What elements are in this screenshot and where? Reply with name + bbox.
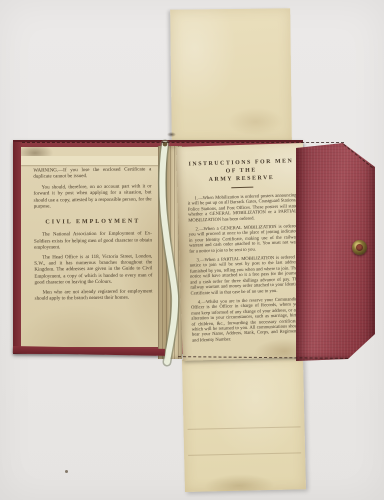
civil-employment-heading: CIVIL EMPLOYMENT <box>34 219 152 226</box>
left-page-text: WARNING.—If you lose the enclosed Certif… <box>33 167 152 306</box>
silk-page-marker-ribbon-icon <box>148 138 192 368</box>
top-paper-flap <box>170 8 292 142</box>
title-rule <box>231 187 253 189</box>
civil-employment-paragraph: The National Association for Employment … <box>34 232 152 252</box>
top-stitching <box>22 142 344 143</box>
civil-employment-paragraph: The Head Office is at 118, Victoria Stre… <box>34 254 152 287</box>
instruction-paragraph: 2.—When a GENERAL MOBILIZATION is ordere… <box>189 223 299 253</box>
cover-bottom-edge <box>13 346 165 356</box>
paper-crease <box>188 452 302 456</box>
instruction-paragraph: 3.—When a PARTIAL MOBILIZATION is ordere… <box>189 254 299 295</box>
instructions-text: INSTRUCTIONS FOR MEN OF THE ARMY RESERVE… <box>186 157 301 346</box>
scanned-army-reserve-wallet-photo: WARNING.—If you lose the enclosed Certif… <box>0 0 384 500</box>
right-page: INSTRUCTIONS FOR MEN OF THE ARMY RESERVE… <box>176 143 310 361</box>
brass-press-stud-icon <box>352 240 367 255</box>
bottom-paper-flap <box>182 357 306 492</box>
warning-note-paragraph: You should, therefore, on no account par… <box>33 184 151 211</box>
pencil-mark <box>167 132 176 137</box>
left-page: WARNING.—If you lose the enclosed Certif… <box>21 147 161 347</box>
stud-center <box>356 244 363 251</box>
instruction-paragraph: 1.—When Mobilization is ordered posters … <box>188 192 298 222</box>
inner-page-edge <box>21 156 161 165</box>
dust-speck <box>65 470 68 473</box>
warning-paragraph: WARNING.—If you lose the enclosed Certif… <box>33 167 151 181</box>
civil-employment-paragraph: Men who are not already registered for e… <box>35 289 153 303</box>
paper-crease <box>187 426 301 430</box>
instruction-paragraph: 4.—Whilst you are in the reserve your Co… <box>191 296 301 343</box>
